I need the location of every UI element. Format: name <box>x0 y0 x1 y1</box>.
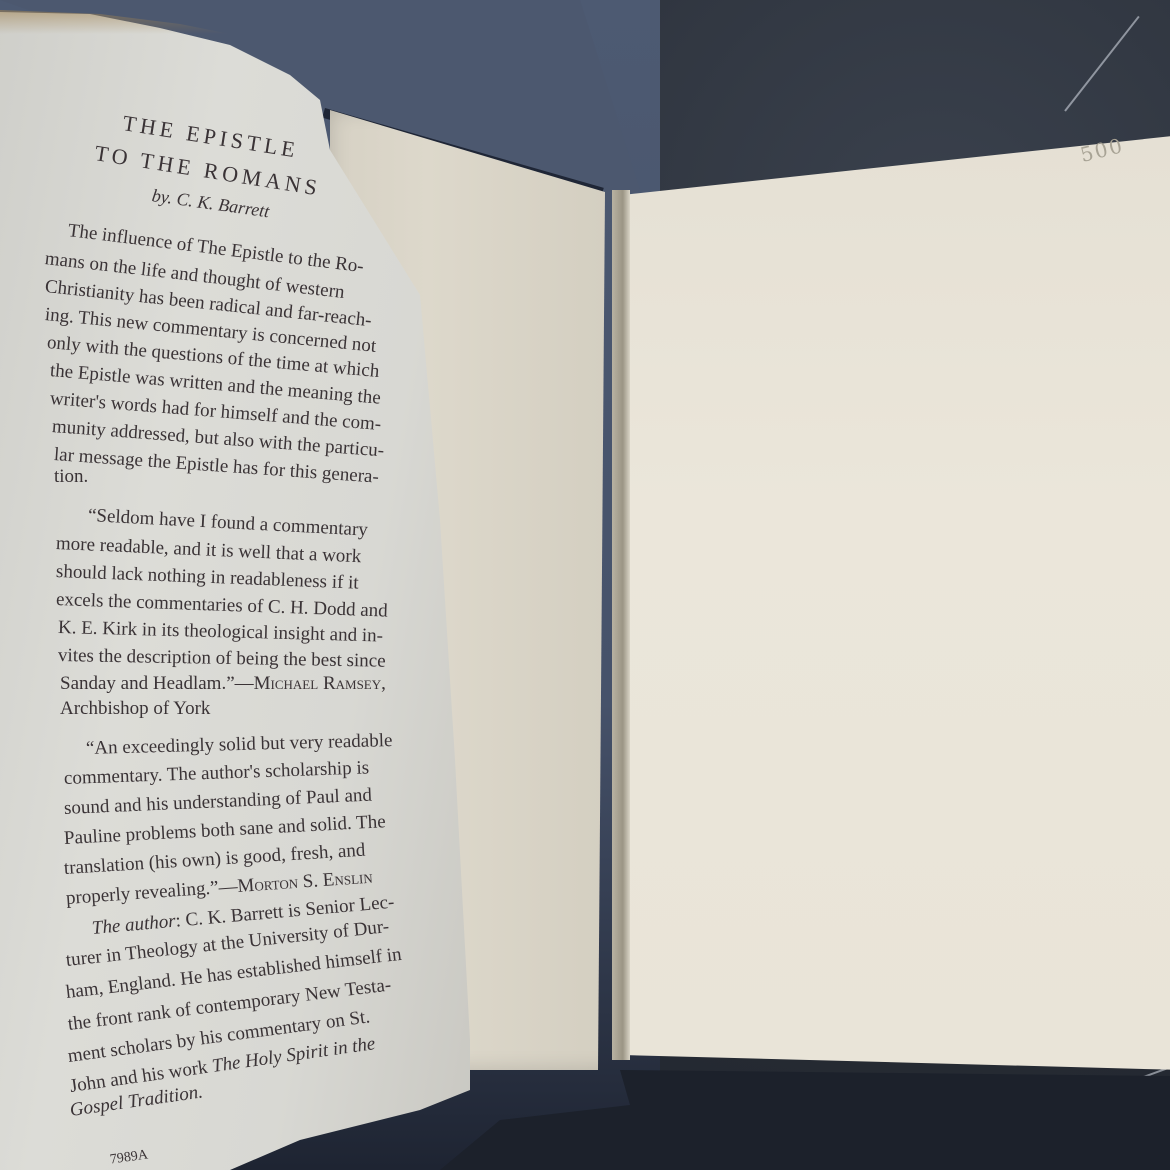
quote-author: Morton S. Enslin <box>237 867 373 897</box>
paragraph-line: tion. <box>54 466 88 488</box>
quote-line: “An exceedingly solid but very readable <box>86 730 393 760</box>
quote-line: vites the description of being the best … <box>58 645 386 673</box>
quote-text: Sanday and Headlam.”— <box>60 673 254 694</box>
quote-line: K. E. Kirk in its theological insight an… <box>58 617 384 648</box>
author-label: The author <box>91 911 176 939</box>
photo-scene: 500 THE EPISTLE TO THE ROMANS by. C. K. … <box>0 0 1170 1170</box>
quote-author: Michael Ramsey, <box>254 673 386 694</box>
quote-text: properly revealing.”— <box>65 876 238 909</box>
quote-line: commentary. The author's scholarship is <box>64 757 370 790</box>
flap-text: THE EPISTLE TO THE ROMANS by. C. K. Barr… <box>0 0 1170 1170</box>
quote-line: Sanday and Headlam.”—Michael Ramsey, <box>60 673 386 695</box>
quote-author-title: Archbishop of York <box>60 698 210 720</box>
